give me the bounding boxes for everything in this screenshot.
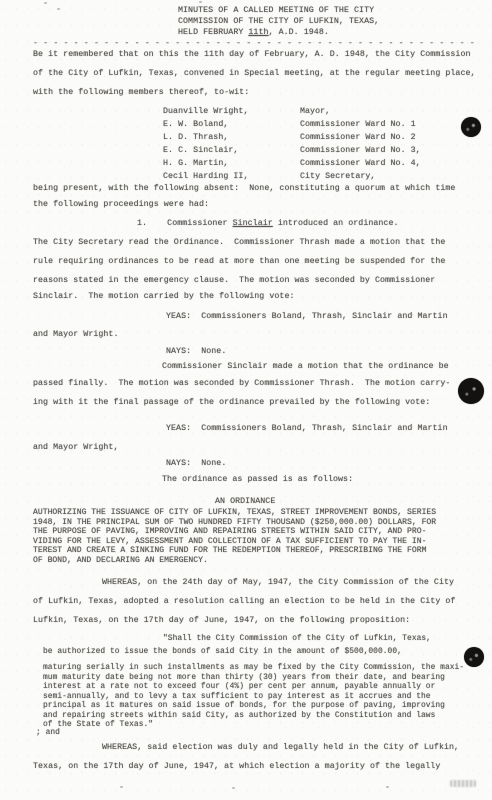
scan-speck-artifact: [232, 787, 235, 789]
scan-blob-artifact: [464, 647, 484, 667]
scan-speck-artifact: [44, 2, 47, 4]
scan-speck-artifact: [57, 8, 60, 10]
corner-smudge: [450, 780, 476, 787]
scan-speck-artifact: [386, 786, 389, 788]
scan-blob-artifact: [461, 117, 481, 137]
scan-speck-artifact: [199, 1, 202, 3]
artifact-layer: [0, 0, 492, 800]
scan-blob-artifact: [458, 378, 484, 404]
scan-speck-artifact: [120, 786, 123, 788]
scanned-page: MINUTES OF A CALLED MEETING OF THE CITYC…: [0, 0, 492, 800]
